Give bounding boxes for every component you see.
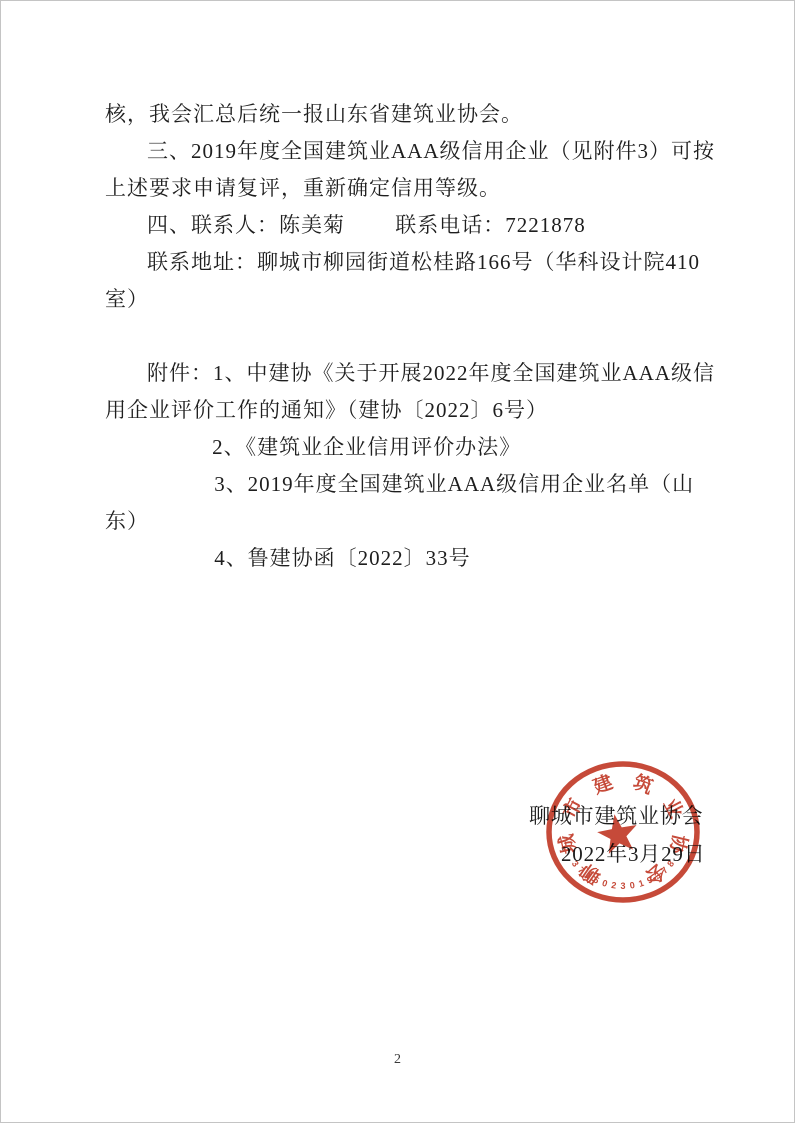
document-body: 核，我会汇总后统一报山东省建筑业协会。三、2019年度全国建筑业AAA级信用企业… bbox=[105, 96, 691, 577]
seal-code-digit: 8 bbox=[665, 859, 676, 869]
seal-star-icon bbox=[597, 814, 636, 854]
page-number: 2 bbox=[0, 1052, 795, 1068]
official-seal-stamp-icon: 聊城市建筑业协会3715023019378 bbox=[538, 755, 708, 911]
seal-arc-char: 市 bbox=[558, 794, 587, 822]
seal-arc-char: 业 bbox=[659, 795, 687, 822]
document-line: 室） bbox=[105, 281, 691, 318]
seal-arc-char: 协 bbox=[665, 832, 692, 857]
seal-arc-char: 城 bbox=[555, 831, 581, 856]
seal-code-digit: 3 bbox=[620, 881, 625, 891]
seal-code-digit: 1 bbox=[637, 878, 645, 889]
document-line: 四、联系人：陈美菊 联系电话：7221878 bbox=[105, 207, 691, 244]
document-page: 核，我会汇总后统一报山东省建筑业协会。三、2019年度全国建筑业AAA级信用企业… bbox=[0, 0, 795, 1123]
seal-code-digit: 0 bbox=[601, 878, 609, 889]
document-line: 3、2019年度全国建筑业AAA级信用企业名单（山 bbox=[105, 466, 691, 503]
document-line: 2、《建筑业企业信用评价办法》 bbox=[105, 429, 691, 466]
document-line: 东） bbox=[105, 503, 691, 540]
document-line: 附件：1、中建协《关于开展2022年度全国建筑业AAA级信 bbox=[105, 355, 691, 392]
document-line: 上述要求申请复评，重新确定信用等级。 bbox=[105, 170, 691, 207]
document-line: 联系地址：聊城市柳园街道松桂路166号（华科设计院410 bbox=[105, 244, 691, 281]
document-line: 三、2019年度全国建筑业AAA级信用企业（见附件3）可按 bbox=[105, 133, 691, 170]
document-line: 核，我会汇总后统一报山东省建筑业协会。 bbox=[105, 96, 691, 133]
seal-code-digit: 0 bbox=[629, 880, 636, 891]
document-line: 4、鲁建协函〔2022〕33号 bbox=[105, 540, 691, 577]
seal-arc-char: 筑 bbox=[630, 770, 656, 798]
seal-code-digit: 2 bbox=[611, 880, 618, 891]
seal-arc-char: 建 bbox=[590, 770, 616, 798]
document-line: 用企业评价工作的通知》（建协〔2022〕6号） bbox=[105, 392, 691, 429]
seal-code-digit: 3 bbox=[570, 859, 581, 869]
document-line bbox=[105, 318, 691, 355]
